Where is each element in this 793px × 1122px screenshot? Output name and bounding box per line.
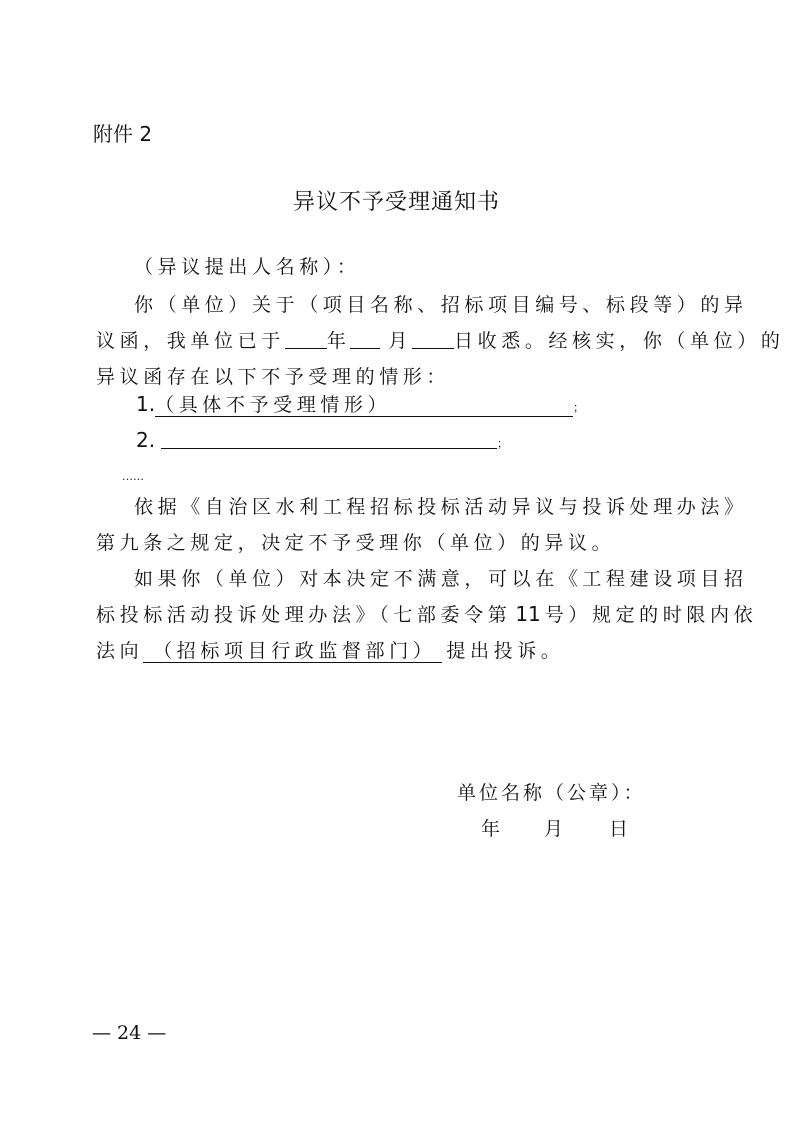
sign-year: 年 <box>481 814 503 841</box>
list-item-end: ； <box>573 401 589 414</box>
page-number: — 24 — <box>92 1022 166 1044</box>
list-item-text: （具体不予受理情形） <box>155 394 391 416</box>
year-label: 年 <box>327 330 351 352</box>
month-label: 月 <box>388 330 412 352</box>
order-number: 11 <box>515 602 540 626</box>
sign-day: 日 <box>609 814 631 841</box>
attachment-label: 附件 2 <box>93 118 152 147</box>
para2-line1: 依据《自治区水利工程招标投标活动异议与投诉处理办法》 <box>134 492 748 519</box>
list-item-field[interactable] <box>161 430 497 449</box>
para3-line1: 如果你（单位）对本决定不满意，可以在《工程建设项目招 <box>134 564 748 591</box>
para1-line2: 议函，我单位已于年月日收悉。经核实，你（单位）的 <box>96 326 784 353</box>
unit-name-label: 单位名称（公章）： <box>457 778 646 805</box>
authority-field[interactable]: （招标项目行政监督部门） <box>143 642 442 663</box>
para3-line3: 法向（招标项目行政监督部门）提出投诉。 <box>96 636 564 663</box>
month-blank[interactable] <box>350 330 380 349</box>
authority-text: （招标项目行政监督部门） <box>153 640 436 662</box>
para1-line3: 异议函存在以下不予受理的情形： <box>96 362 450 389</box>
year-blank[interactable] <box>285 330 327 349</box>
day-blank[interactable] <box>412 330 454 349</box>
salutation: （异议提出人名称）： <box>134 252 361 279</box>
list-item-number: 1. <box>136 392 155 416</box>
para3-line3-suffix: 提出投诉。 <box>446 640 564 662</box>
para1-line2-suffix: 日收悉。经核实，你（单位）的 <box>454 330 784 352</box>
sign-month: 月 <box>544 814 566 841</box>
list-item-2: 2.； <box>136 428 513 452</box>
list-item-1: 1.（具体不予受理情形）； <box>136 392 589 417</box>
ellipsis: …… <box>122 470 144 483</box>
list-item-number: 2. <box>136 428 155 452</box>
para1-line1: 你（单位）关于（项目名称、招标项目编号、标段等）的异 <box>134 290 748 317</box>
para3-line2-prefix: 标投标活动投诉处理办法》（七部委令第 <box>96 604 511 626</box>
document-page: 附件 2 异议不予受理通知书 （异议提出人名称）： 你（单位）关于（项目名称、招… <box>0 0 793 1122</box>
document-title: 异议不予受理通知书 <box>0 185 793 216</box>
list-item-field[interactable]: （具体不予受理情形） <box>155 396 573 417</box>
para3-line2: 标投标活动投诉处理办法》（七部委令第11号）规定的时限内依 <box>96 600 757 627</box>
para2-line2: 第九条之规定，决定不予受理你（单位）的异议。 <box>96 528 615 555</box>
list-item-end: ； <box>497 437 513 450</box>
para3-line2-suffix: 号）规定的时限内依 <box>545 604 757 626</box>
para3-line3-prefix: 法向 <box>96 640 143 662</box>
para1-line2-prefix: 议函，我单位已于 <box>96 330 285 352</box>
